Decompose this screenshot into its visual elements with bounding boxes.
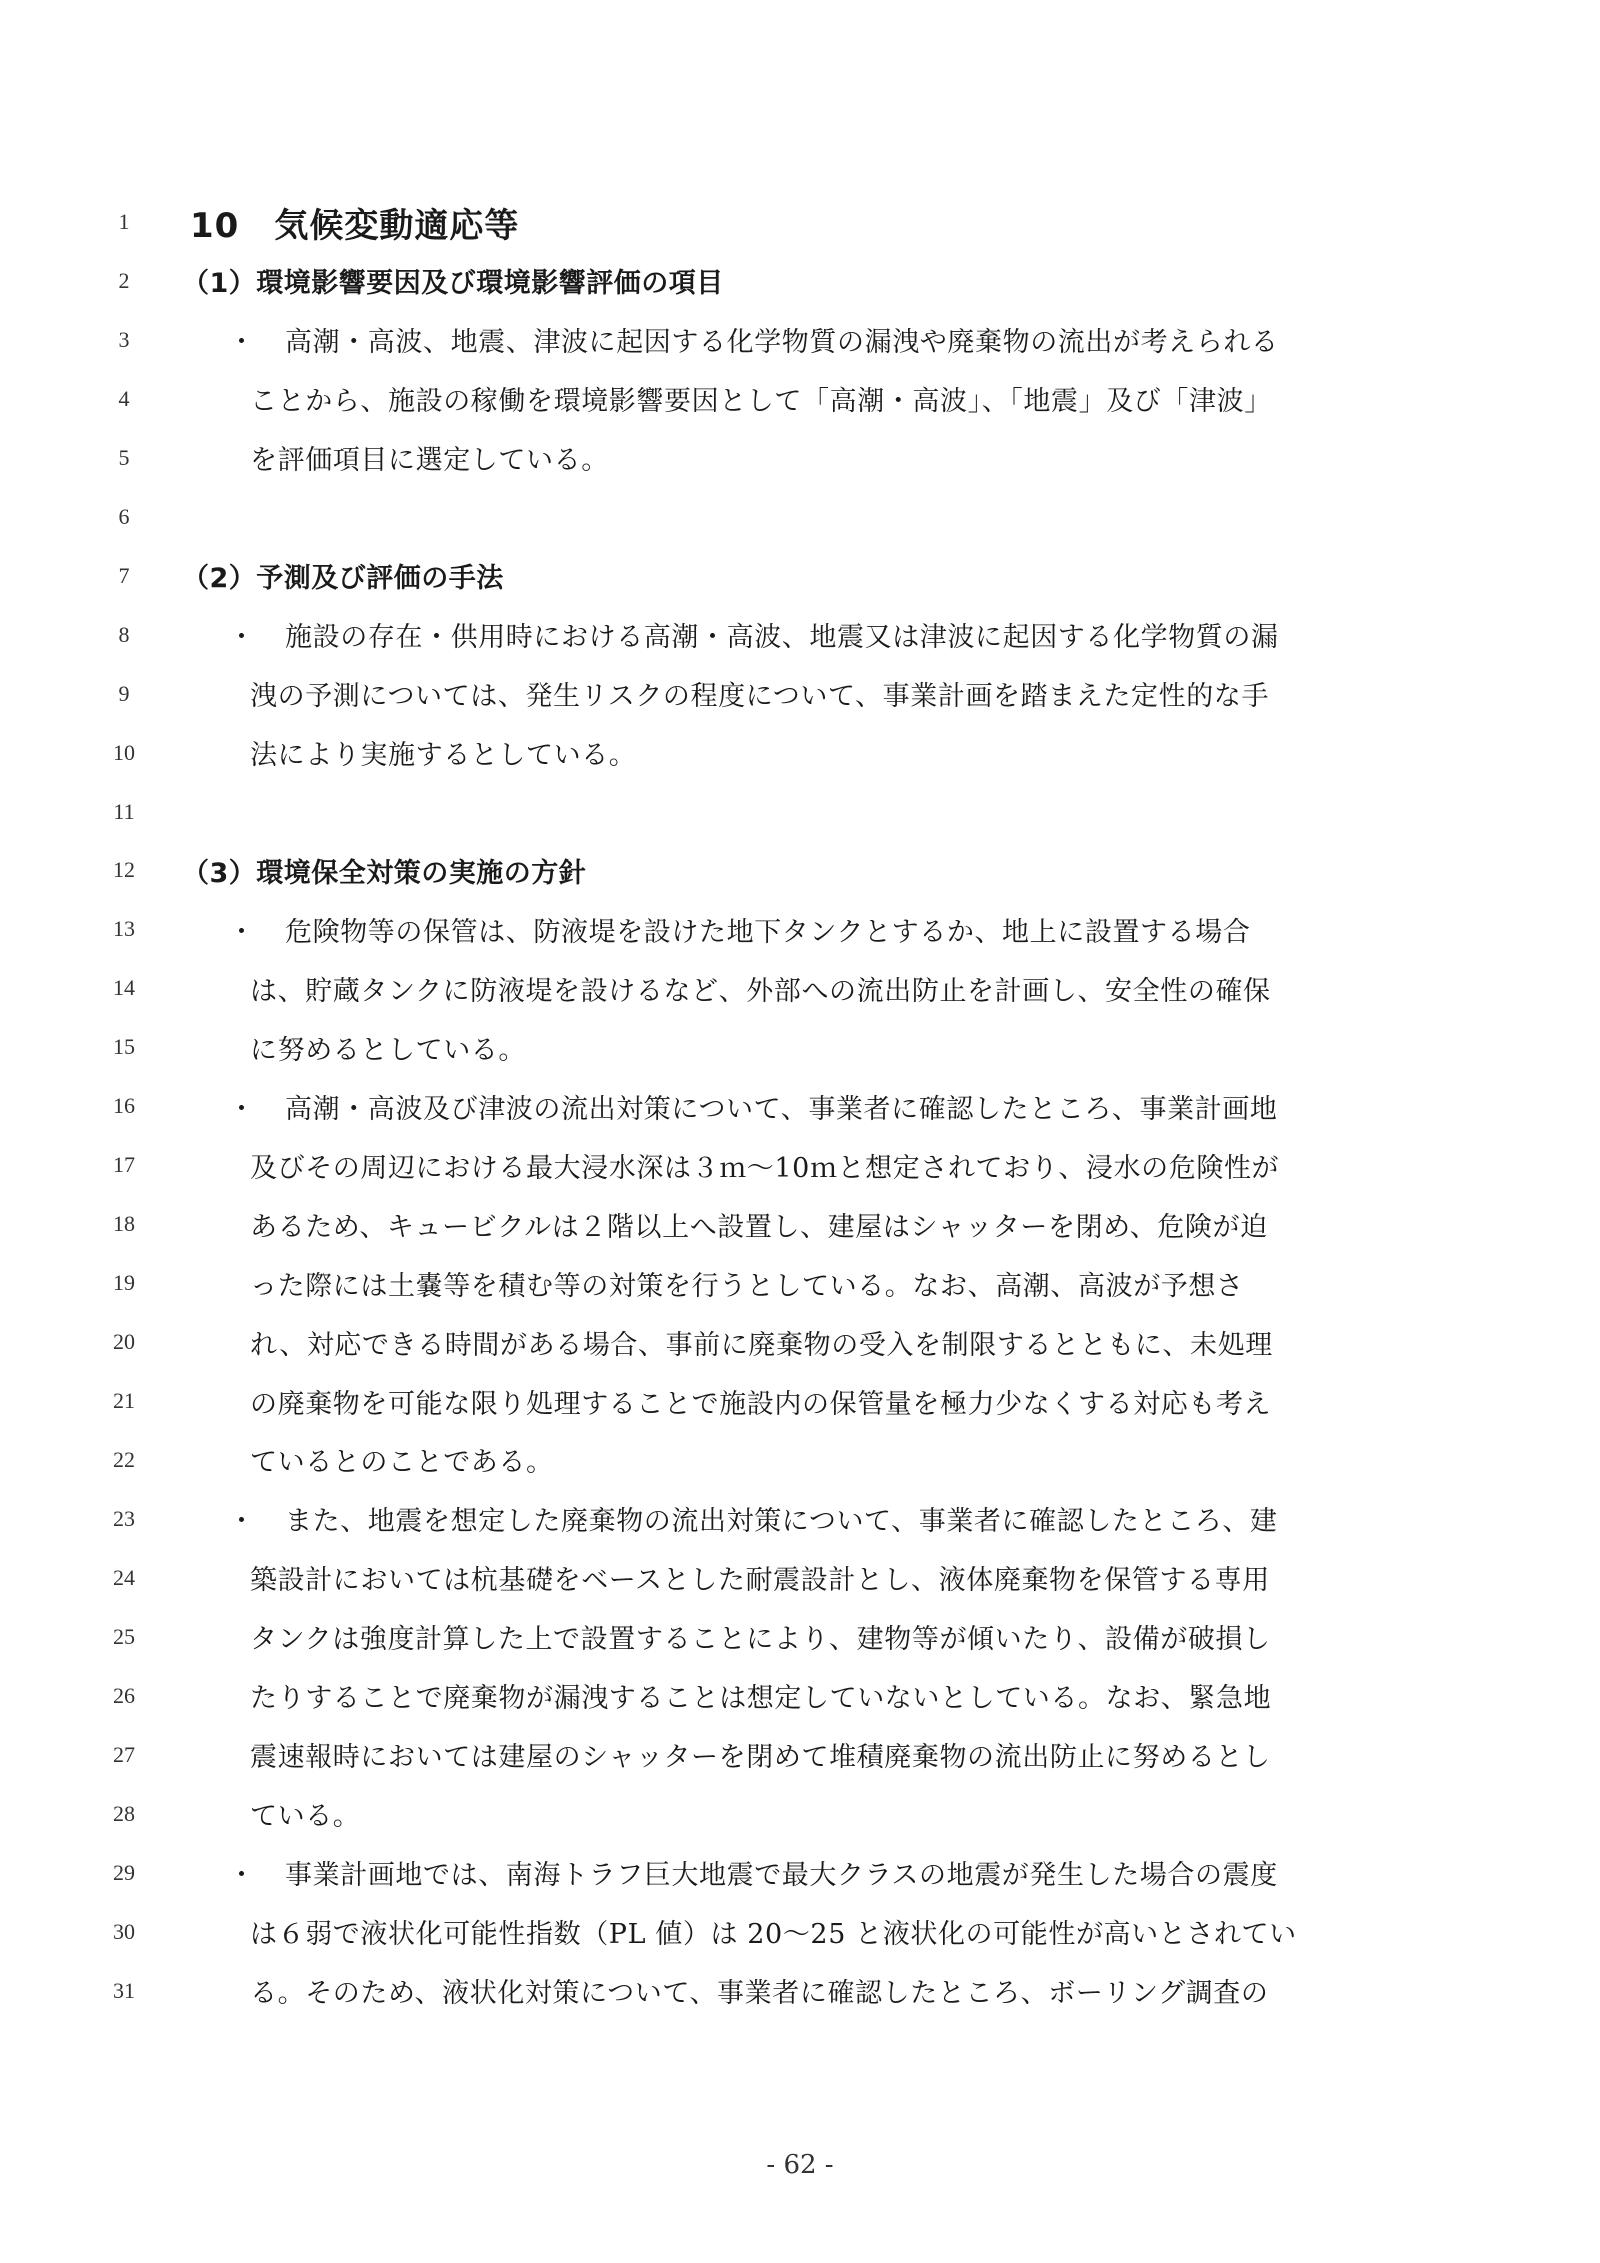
paragraph-text: 施設の存在・供用時における高潮・高波、地震又は津波に起因する化学物質の漏: [285, 615, 1279, 654]
section-title-line: 110 気候変動適応等: [0, 193, 1600, 251]
text-line: 23・また、地震を想定した廃棄物の流出対策について、事業者に確認したところ、建: [0, 1490, 1600, 1548]
bullet-icon: ・: [228, 615, 255, 654]
blank-line: 11: [0, 783, 1600, 841]
paragraph-text: 法により実施するとしている。: [250, 733, 636, 772]
line-number: 1: [100, 209, 148, 235]
line-number: 28: [100, 1801, 148, 1827]
paragraph-text: たりすることで廃棄物が漏洩することは想定していないとしている。なお、緊急地: [250, 1676, 1271, 1715]
paragraph-text: の廃棄物を可能な限り処理することで施設内の保管量を極力少なくする対応も考え: [250, 1382, 1271, 1421]
text-line: 17及びその周辺における最大浸水深は３ｍ～10ｍと想定されており、浸水の危険性が: [0, 1136, 1600, 1194]
line-number: 14: [100, 975, 148, 1001]
text-line: 3・高潮・高波、地震、津波に起因する化学物質の漏洩や廃棄物の流出が考えられる: [0, 311, 1600, 369]
line-number: 6: [100, 504, 148, 530]
text-line: 4ことから、施設の稼働を環境影響要因として「高潮・高波」、「地震」及び「津波」: [0, 370, 1600, 428]
paragraph-text: タンクは強度計算した上で設置することにより、建物等が傾いたり、設備が破損し: [250, 1617, 1271, 1656]
line-number: 11: [100, 799, 148, 825]
text-line: 13・危険物等の保管は、防液堤を設けた地下タンクとするか、地上に設置する場合: [0, 900, 1600, 958]
bullet-icon: ・: [228, 1499, 255, 1538]
bullet-icon: ・: [228, 1087, 255, 1126]
line-number: 30: [100, 1919, 148, 1945]
subsection-heading-line: 2（1）環境影響要因及び環境影響評価の項目: [0, 252, 1600, 310]
text-line: 31る。そのため、液状化対策について、事業者に確認したところ、ボーリング調査の: [0, 1962, 1600, 2020]
paragraph-text: 築設計においては杭基礎をベースとした耐震設計とし、液体廃棄物を保管する専用: [250, 1558, 1270, 1597]
text-line: 5を評価項目に選定している。: [0, 429, 1600, 487]
text-line: 25タンクは強度計算した上で設置することにより、建物等が傾いたり、設備が破損し: [0, 1608, 1600, 1666]
paragraph-text: は６弱で液状化可能性指数（PL 値）は 20～25 と液状化の可能性が高いとされ…: [250, 1912, 1297, 1951]
line-number: 20: [100, 1329, 148, 1355]
paragraph-text: れ、対応できる時間がある場合、事前に廃棄物の受入を制限するとともに、未処理: [250, 1323, 1273, 1362]
line-number: 12: [100, 857, 148, 883]
line-number: 2: [100, 268, 148, 294]
line-number: 7: [100, 563, 148, 589]
text-line: 9洩の予測については、発生リスクの程度について、事業計画を踏まえた定性的な手: [0, 665, 1600, 723]
paragraph-text: ているとのことである。: [250, 1440, 554, 1479]
bullet-icon: ・: [228, 1853, 255, 1892]
paragraph-text: は、貯蔵タンクに防液堤を設けるなど、外部への流出防止を計画し、安全性の確保: [250, 969, 1271, 1008]
line-number: 29: [100, 1860, 148, 1886]
subsection-heading: （2）予測及び評価の手法: [182, 556, 504, 595]
paragraph-text: を評価項目に選定している。: [250, 438, 609, 477]
subsection-heading-line: 7（2）予測及び評価の手法: [0, 547, 1600, 605]
text-line: 20れ、対応できる時間がある場合、事前に廃棄物の受入を制限するとともに、未処理: [0, 1313, 1600, 1371]
paragraph-text: 洩の予測については、発生リスクの程度について、事業計画を踏まえた定性的な手: [250, 674, 1269, 713]
line-number: 22: [100, 1447, 148, 1473]
paragraph-text: 及びその周辺における最大浸水深は３ｍ～10ｍと想定されており、浸水の危険性が: [250, 1146, 1279, 1185]
paragraph-text: ている。: [250, 1794, 360, 1833]
line-number: 18: [100, 1211, 148, 1237]
paragraph-text: った際には土嚢等を積む等の対策を行うとしている。なお、高潮、高波が予想さ: [250, 1264, 1244, 1303]
paragraph-text: 震速報時においては建屋のシャッターを閉めて堆積廃棄物の流出防止に努めるとし: [250, 1735, 1271, 1774]
paragraph-text: ことから、施設の稼働を環境影響要因として「高潮・高波」、「地震」及び「津波」: [250, 379, 1272, 418]
line-number: 10: [100, 740, 148, 766]
line-number: 9: [100, 681, 148, 707]
bullet-icon: ・: [228, 320, 255, 359]
line-number: 25: [100, 1624, 148, 1650]
paragraph-text: 事業計画地では、南海トラフ巨大地震で最大クラスの地震が発生した場合の震度: [285, 1853, 1278, 1892]
paragraph-text: 高潮・高波、地震、津波に起因する化学物質の漏洩や廃棄物の流出が考えられる: [285, 320, 1279, 359]
page-number: - 62 -: [0, 2150, 1600, 2180]
subsection-heading: （1）環境影響要因及び環境影響評価の項目: [182, 261, 724, 300]
bullet-icon: ・: [228, 910, 255, 949]
line-number: 4: [100, 386, 148, 412]
paragraph-text: また、地震を想定した廃棄物の流出対策について、事業者に確認したところ、建: [285, 1499, 1278, 1538]
text-line: 10法により実施するとしている。: [0, 724, 1600, 782]
line-number: 15: [100, 1034, 148, 1060]
text-line: 24築設計においては杭基礎をベースとした耐震設計とし、液体廃棄物を保管する専用: [0, 1549, 1600, 1607]
paragraph-text: あるため、キュービクルは２階以上へ設置し、建屋はシャッターを閉め、危険が迫: [250, 1205, 1268, 1244]
text-line: 29・事業計画地では、南海トラフ巨大地震で最大クラスの地震が発生した場合の震度: [0, 1844, 1600, 1902]
paragraph-text: 危険物等の保管は、防液堤を設けた地下タンクとするか、地上に設置する場合: [285, 910, 1250, 949]
text-line: 16・高潮・高波及び津波の流出対策について、事業者に確認したところ、事業計画地: [0, 1077, 1600, 1135]
line-number: 21: [100, 1388, 148, 1414]
subsection-heading-line: 12（3）環境保全対策の実施の方針: [0, 841, 1600, 899]
line-number: 23: [100, 1506, 148, 1532]
text-line: 8・施設の存在・供用時における高潮・高波、地震又は津波に起因する化学物質の漏: [0, 606, 1600, 664]
line-number: 13: [100, 916, 148, 942]
line-number: 17: [100, 1152, 148, 1178]
line-number: 16: [100, 1093, 148, 1119]
line-number: 3: [100, 327, 148, 353]
text-line: 14は、貯蔵タンクに防液堤を設けるなど、外部への流出防止を計画し、安全性の確保: [0, 959, 1600, 1017]
text-line: 19った際には土嚢等を積む等の対策を行うとしている。なお、高潮、高波が予想さ: [0, 1254, 1600, 1312]
paragraph-text: る。そのため、液状化対策について、事業者に確認したところ、ボーリング調査の: [250, 1971, 1269, 2010]
text-line: 26たりすることで廃棄物が漏洩することは想定していないとしている。なお、緊急地: [0, 1667, 1600, 1725]
line-number: 19: [100, 1270, 148, 1296]
text-line: 30は６弱で液状化可能性指数（PL 値）は 20～25 と液状化の可能性が高いと…: [0, 1903, 1600, 1961]
section-title: 10 気候変動適応等: [190, 198, 519, 247]
text-line: 28ている。: [0, 1785, 1600, 1843]
text-line: 15に努めるとしている。: [0, 1018, 1600, 1076]
line-number: 27: [100, 1742, 148, 1768]
line-number: 8: [100, 622, 148, 648]
text-line: 21の廃棄物を可能な限り処理することで施設内の保管量を極力少なくする対応も考え: [0, 1372, 1600, 1430]
line-number: 26: [100, 1683, 148, 1709]
line-number: 5: [100, 445, 148, 471]
paragraph-text: に努めるとしている。: [250, 1028, 526, 1067]
subsection-heading: （3）環境保全対策の実施の方針: [182, 851, 586, 890]
blank-line: 6: [0, 488, 1600, 546]
paragraph-text: 高潮・高波及び津波の流出対策について、事業者に確認したところ、事業計画地: [285, 1087, 1278, 1126]
text-line: 27震速報時においては建屋のシャッターを閉めて堆積廃棄物の流出防止に努めるとし: [0, 1726, 1600, 1784]
line-number: 24: [100, 1565, 148, 1591]
text-line: 22ているとのことである。: [0, 1431, 1600, 1489]
text-line: 18あるため、キュービクルは２階以上へ設置し、建屋はシャッターを閉め、危険が迫: [0, 1195, 1600, 1253]
document-page: 110 気候変動適応等2（1）環境影響要因及び環境影響評価の項目3・高潮・高波、…: [0, 0, 1600, 2263]
line-number: 31: [100, 1978, 148, 2004]
